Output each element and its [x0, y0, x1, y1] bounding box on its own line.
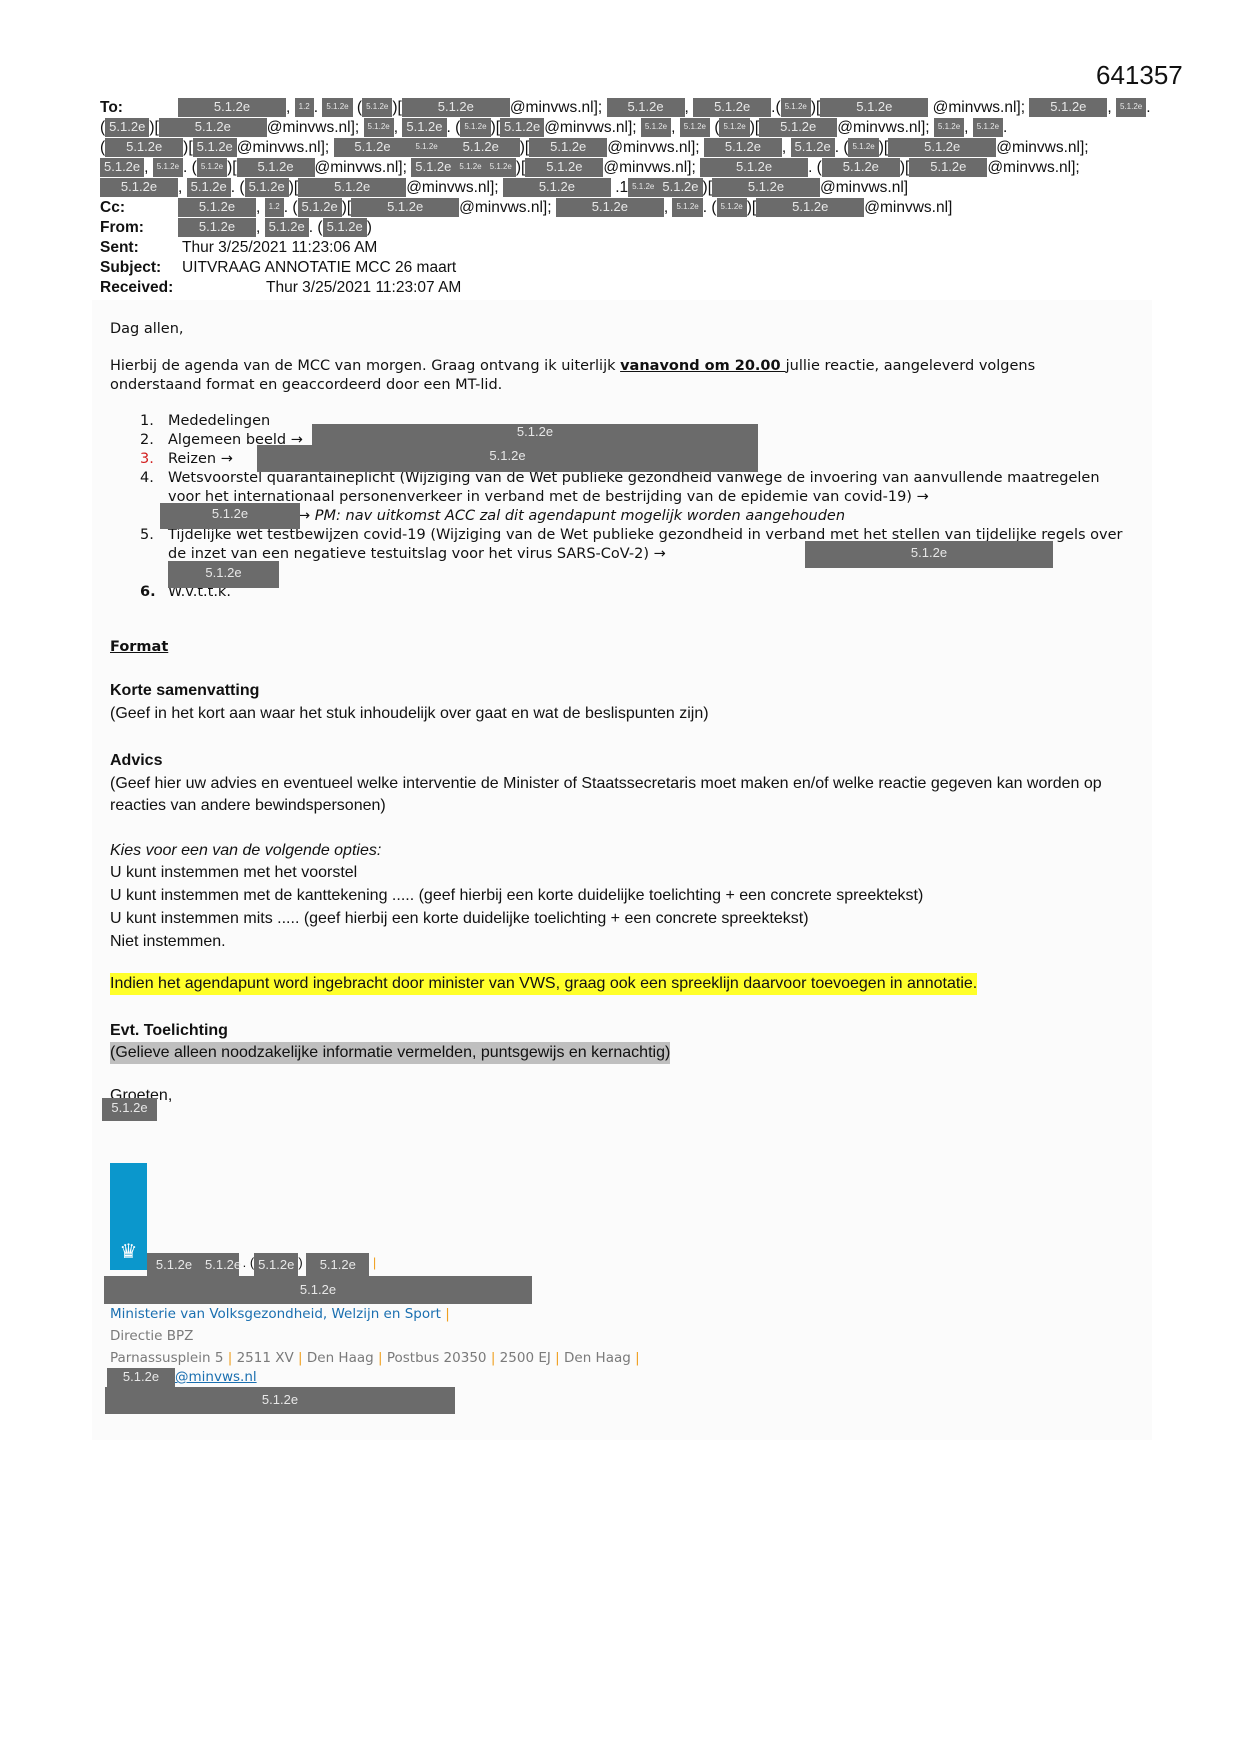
redaction: 5.1.2e: [934, 118, 964, 137]
redaction: 5.1.2e: [805, 541, 1053, 568]
email-domain: @minvws.nl];: [315, 159, 407, 176]
redaction: 5.1.2e: [160, 503, 300, 529]
redaction: 5.1.2e: [187, 178, 231, 197]
cc-line: Cc:5.1.2e, 1.2. (5.1.2e)[5.1.2e@minvws.n…: [100, 198, 1140, 218]
redaction: 5.1.2e: [193, 138, 237, 157]
sent-value: Thur 3/25/2021 11:23:06 AM: [182, 239, 377, 256]
redaction: 5.1.2e: [107, 1368, 175, 1387]
sent-line: Sent:Thur 3/25/2021 11:23:06 AM: [100, 238, 1140, 258]
agenda-item: 6.W.v.t.t.k.: [168, 583, 1128, 602]
received-line: Received:Thur 3/25/2021 11:23:07 AM: [100, 278, 1140, 298]
redaction: 5.1.2e: [704, 138, 782, 157]
subject-value: UITVRAAG ANNOTATIE MCC 26 maart: [182, 259, 456, 276]
email-domain: @minvws.nl]: [820, 179, 908, 196]
subject-label: Subject:: [100, 258, 182, 278]
to-line-3: (5.1.2e)[5.1.2e@minvws.nl]; 5.1.2e5.1.2e…: [100, 138, 1140, 158]
redaction: 5.1.2e: [717, 198, 747, 217]
option-item: U kunt instemmen met de kanttekening ...…: [110, 885, 923, 907]
redaction: 5.1.2e: [628, 178, 658, 197]
redaction: 5.1.2e: [201, 1253, 239, 1277]
summary-heading: Korte samenvatting: [110, 680, 259, 702]
email-link[interactable]: @minvws.nl: [175, 1369, 257, 1385]
agenda-item: 4.Wetsvoorstel quarantaineplicht (Wijzig…: [168, 469, 1128, 526]
redaction: 5.1.2e: [402, 118, 446, 137]
agenda-num: 2.: [140, 431, 154, 450]
to-line-5: 5.1.2e, 5.1.2e. (5.1.2e)[5.1.2e@minvws.n…: [100, 178, 1140, 198]
redaction: 5.1.2e: [973, 118, 1003, 137]
advice-text: (Geef hier uw advies en eventueel welke …: [110, 773, 1120, 817]
redaction: 5.1.2e: [412, 138, 442, 157]
redaction: 5.1.2e: [712, 178, 820, 197]
greeting: Dag allen,: [110, 320, 184, 339]
redaction: 1.2: [295, 98, 314, 117]
from-line: From:5.1.2e, 5.1.2e. (5.1.2e): [100, 218, 1140, 238]
redaction: 5.1.2e: [820, 98, 928, 117]
redaction: 5.1.2e: [1116, 98, 1146, 117]
email-domain: @minvws.nl];: [544, 119, 636, 136]
email-domain: @minvws.nl];: [996, 139, 1088, 156]
redaction: 5.1.2e: [254, 1253, 298, 1277]
po-box: Postbus 20350: [387, 1350, 487, 1366]
ministry-line: Ministerie van Volksgezondheid, Welzijn …: [110, 1305, 450, 1324]
redaction: 5.1.2e: [159, 118, 267, 137]
po-postcode: 2500 EJ: [500, 1350, 551, 1366]
redaction: 5.1.2e: [147, 1253, 201, 1277]
redaction: 5.1.2e: [265, 218, 309, 237]
from-label: From:: [100, 218, 178, 238]
explanation-text: (Gelieve alleen noodzakelijke informatie…: [110, 1042, 670, 1064]
subject-line: Subject:UITVRAAG ANNOTATIE MCC 26 maart: [100, 258, 1140, 278]
email-header: To:5.1.2e, 1.2. 5.1.2e (5.1.2e)[5.1.2e@m…: [100, 98, 1140, 298]
options-heading: Kies voor een van de volgende opties:: [110, 840, 381, 862]
summary-text: (Geef in het kort aan waar het stuk inho…: [110, 703, 709, 725]
agenda-num: 5.: [140, 526, 154, 545]
redaction: 5.1.2e: [658, 178, 702, 197]
redaction: 5.1.2e: [197, 158, 227, 177]
option-item: U kunt instemmen met het voorstel: [110, 862, 357, 884]
email-domain: @minvws.nl];: [607, 139, 699, 156]
separator: |: [445, 1306, 450, 1322]
address-line: Parnassusplein 5 | 2511 XV | Den Haag | …: [110, 1349, 640, 1368]
redaction: 5.1.2e: [607, 98, 685, 117]
intro-paragraph: Hierbij de agenda van de MCC van morgen.…: [110, 357, 1120, 395]
city: Den Haag: [307, 1350, 374, 1366]
to-line-2: (5.1.2e)[5.1.2e@minvws.nl]; 5.1.2e, 5.1.…: [100, 118, 1140, 138]
redaction: 5.1.2e: [700, 158, 808, 177]
to-line-1: To:5.1.2e, 1.2. 5.1.2e (5.1.2e)[5.1.2e@m…: [100, 98, 1140, 118]
email-line: 5.1.2e@minvws.nl: [107, 1368, 257, 1387]
street: Parnassusplein 5: [110, 1350, 223, 1366]
rijksoverheid-logo: ♛: [110, 1163, 147, 1270]
redaction: 5.1.2e: [105, 118, 149, 137]
redaction: 5.1.2e: [364, 118, 394, 137]
redaction: 5.1.2e: [888, 138, 996, 157]
po-city: Den Haag: [564, 1350, 631, 1366]
to-line-4: 5.1.2e, 5.1.2e. (5.1.2e)[5.1.2e@minvws.n…: [100, 158, 1140, 178]
deadline: vanavond om 20.00: [620, 358, 786, 374]
separator: |: [373, 1255, 376, 1270]
option-item: Niet instemmen.: [110, 931, 226, 953]
redaction: 5.1.2e: [781, 98, 811, 117]
redaction: 5.1.2e: [237, 158, 315, 177]
redaction: 5.1.2e: [909, 158, 987, 177]
redaction: 5.1.2e: [442, 138, 520, 157]
redaction: 5.1.2e: [298, 198, 342, 217]
redaction: 5.1.2e: [257, 445, 758, 472]
agenda-text: Reizen →: [168, 451, 233, 467]
redaction: 5.1.2e: [362, 98, 392, 117]
document-id: 641357: [1096, 60, 1183, 91]
redaction: 1.2: [265, 198, 284, 217]
crown-crest-icon: ♛: [115, 1240, 142, 1264]
redaction: 5.1.2e: [178, 218, 256, 237]
redaction: 5.1.2e: [693, 98, 771, 117]
redaction: 5.1.2e: [323, 218, 367, 237]
redaction: 5.1.2e: [791, 138, 835, 157]
redaction: 5.1.2e: [245, 178, 289, 197]
email-domain: @minvws.nl];: [837, 119, 929, 136]
postcode: 2511 XV: [237, 1350, 294, 1366]
redaction: 5.1.2e: [102, 1098, 157, 1121]
redaction: 5.1.2e: [822, 158, 900, 177]
agenda-num: 6.: [140, 583, 156, 602]
redaction: 5.1.2e: [100, 158, 144, 177]
redaction: 5.1.2e: [100, 178, 178, 197]
email-domain: @minvws.nl];: [987, 159, 1079, 176]
redaction: 5.1.2e: [306, 1253, 369, 1277]
redaction: 5.1.2e: [672, 198, 702, 217]
email-domain: @minvws.nl];: [267, 119, 359, 136]
received-value: Thur 3/25/2021 11:23:07 AM: [266, 279, 461, 296]
redaction: 5.1.2e: [486, 158, 516, 177]
redaction: 5.1.2e: [105, 1387, 455, 1414]
redaction: 5.1.2e: [719, 118, 749, 137]
redaction: 5.1.2e: [104, 1276, 532, 1304]
redaction: 5.1.2e: [525, 158, 603, 177]
format-heading: Format: [110, 638, 168, 657]
redaction: 5.1.2e: [153, 158, 183, 177]
agenda-text: Mededelingen: [168, 413, 270, 429]
advice-heading: Advics: [110, 750, 162, 772]
received-label: Received:: [100, 278, 266, 298]
redaction: 5.1.2e: [298, 178, 406, 197]
signature-name-line: 5.1.2e5.1.2e . (5.1.2e) 5.1.2e |: [147, 1253, 376, 1277]
agenda-note: ​→ PM: nav uitkomst ACC zal dit agendapu…: [298, 508, 845, 524]
highlight-note: Indien het agendapunt word ingebracht do…: [110, 973, 977, 995]
redaction: 5.1.2e: [1029, 98, 1107, 117]
redaction: 5.1.2e: [756, 198, 864, 217]
redaction: 5.1.2e: [168, 561, 279, 588]
redaction: 5.1.2e: [848, 138, 878, 157]
redaction: 5.1.2e: [460, 118, 490, 137]
intro-text: Hierbij de agenda van de MCC van morgen.…: [110, 358, 620, 374]
redaction: 5.1.2e: [503, 178, 611, 197]
department: Directie BPZ: [110, 1327, 193, 1346]
redaction: 5.1.2e: [680, 118, 710, 137]
sent-label: Sent:: [100, 238, 182, 258]
redaction: 5.1.2e: [402, 98, 510, 117]
cc-label: Cc:: [100, 198, 178, 218]
email-domain: @minvws.nl];: [406, 179, 498, 196]
agenda-num: 1.: [140, 412, 154, 431]
email-domain: @minvws.nl];: [237, 139, 329, 156]
redaction: 5.1.2e: [556, 198, 664, 217]
redaction: 5.1.2e: [411, 158, 455, 177]
redaction: 5.1.2e: [178, 198, 256, 217]
agenda-num: 4.: [140, 469, 154, 488]
explanation-heading: Evt. Toelichting: [110, 1020, 228, 1042]
email-domain: @minvws.nl];: [459, 199, 551, 216]
redaction: 5.1.2e: [322, 98, 352, 117]
email-domain: @minvws.nl];: [510, 99, 602, 116]
redaction: 5.1.2e: [759, 118, 837, 137]
redaction: 5.1.2e: [455, 158, 485, 177]
agenda-text: Wetsvoorstel quarantaineplicht (Wijzigin…: [168, 470, 1100, 505]
redaction: 5.1.2e: [178, 98, 286, 117]
redaction: 5.1.2e: [351, 198, 459, 217]
redaction: 5.1.2e: [105, 138, 183, 157]
email-domain: @minvws.nl];: [603, 159, 695, 176]
agenda-num: 3.: [140, 450, 154, 469]
redaction: 5.1.2e: [334, 138, 412, 157]
redaction: 5.1.2e: [529, 138, 607, 157]
option-item: U kunt instemmen mits ..... (geef hierbi…: [110, 908, 809, 930]
redaction: 5.1.2e: [312, 424, 758, 445]
email-domain: @minvws.nl]: [864, 199, 952, 216]
to-label: To:: [100, 98, 178, 118]
redaction: 5.1.2e: [500, 118, 544, 137]
ministry-name: Ministerie van Volksgezondheid, Welzijn …: [110, 1306, 441, 1322]
email-domain: @minvws.nl];: [933, 99, 1025, 116]
redaction: 5.1.2e: [641, 118, 671, 137]
